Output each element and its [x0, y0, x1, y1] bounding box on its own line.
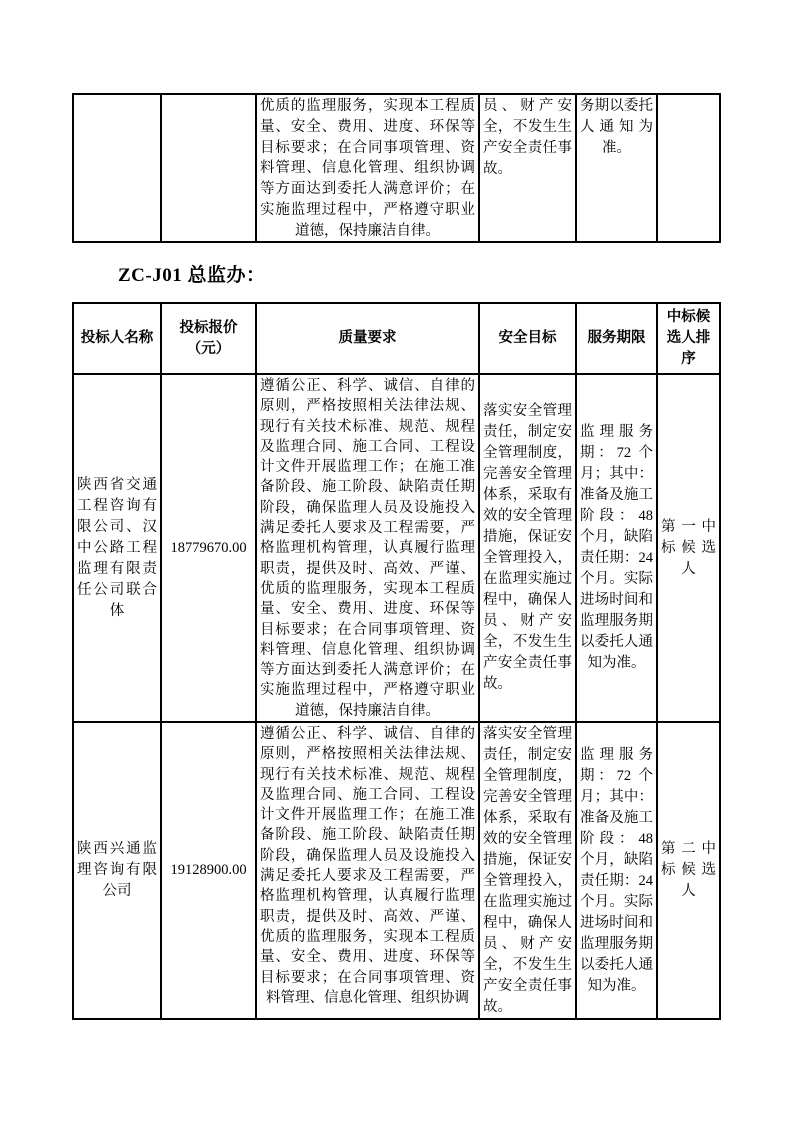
bid-price-text: 18779670.00: [162, 375, 255, 721]
rank-text: 第一中标候选人: [658, 375, 719, 721]
safety-goal-text: 落实安全管理责任，制定安全管理制度，完善安全管理体系，采取有效的安全管理措施，保…: [480, 723, 575, 1018]
cont-safety-cell: 员、财产安全，不发生生产安全责任事故。: [479, 94, 576, 242]
service-period-text: 监理服务期：72 个月；其中：准备及施工阶段：48 个月，缺陷责任期：24 个月…: [577, 723, 656, 1018]
header-service-period: 服务期限: [576, 303, 657, 374]
bid-price-text: 19128900.00: [162, 723, 255, 1018]
rank-text: 第二中标候选人: [658, 723, 719, 1018]
safety-goal-text: 落实安全管理责任，制定安全管理制度，完善安全管理体系，采取有效的安全管理措施，保…: [480, 375, 575, 721]
bid-price-cell: 19128900.00: [161, 722, 256, 1019]
header-row: 投标人名称 投标报价（元） 质量要求 安全目标 服务期限 中标候选人排序: [73, 303, 720, 374]
cont-service-text: 务期以委托人通知为准。: [577, 95, 656, 160]
document-page: 优质的监理服务，实现本工程质量、安全、费用、进度、环保等目标要求；在合同事项管理…: [0, 0, 793, 1122]
cont-rank-text: [658, 95, 719, 241]
cont-price-text: [162, 95, 255, 241]
cont-bidder-text: [74, 95, 160, 241]
cont-quality-text: 优质的监理服务，实现本工程质量、安全、费用、进度、环保等目标要求；在合同事项管理…: [257, 95, 478, 241]
rank-cell: 第一中标候选人: [657, 374, 720, 722]
continuation-table: 优质的监理服务，实现本工程质量、安全、费用、进度、环保等目标要求；在合同事项管理…: [72, 93, 721, 243]
cont-rank-cell: [657, 94, 720, 242]
bid-price-cell: 18779670.00: [161, 374, 256, 722]
quality-requirements-cell: 遵循公正、科学、诚信、自律的原则，严格按照相关法律法规、现行有关技术标准、规范、…: [256, 374, 479, 722]
table-row: 陕西兴通监理咨询有限公司 19128900.00 遵循公正、科学、诚信、自律的原…: [73, 722, 720, 1019]
cont-bidder-cell: [73, 94, 161, 242]
cont-quality-cell: 优质的监理服务，实现本工程质量、安全、费用、进度、环保等目标要求；在合同事项管理…: [256, 94, 479, 242]
cont-service-cell: 务期以委托人通知为准。: [576, 94, 657, 242]
header-quality-requirements: 质量要求: [256, 303, 479, 374]
service-period-cell: 监理服务期：72 个月；其中：准备及施工阶段：48 个月，缺陷责任期：24 个月…: [576, 722, 657, 1019]
cont-safety-text: 员、财产安全，不发生生产安全责任事故。: [480, 95, 575, 181]
service-period-cell: 监理服务期：72 个月；其中：准备及施工阶段：48 个月，缺陷责任期：24 个月…: [576, 374, 657, 722]
header-candidate-rank: 中标候选人排序: [657, 303, 720, 374]
header-safety-goal: 安全目标: [479, 303, 576, 374]
rank-cell: 第二中标候选人: [657, 722, 720, 1019]
bidder-name-text: 陕西兴通监理咨询有限公司: [74, 723, 160, 1018]
cont-price-cell: [161, 94, 256, 242]
bid-results-table: 投标人名称 投标报价（元） 质量要求 安全目标 服务期限 中标候选人排序 陕西省…: [72, 302, 721, 1020]
bidder-name-cell: 陕西兴通监理咨询有限公司: [73, 722, 161, 1019]
section-heading: ZC-J01 总监办：: [118, 260, 265, 287]
header-bid-price: 投标报价（元）: [161, 303, 256, 374]
continuation-row: 优质的监理服务，实现本工程质量、安全、费用、进度、环保等目标要求；在合同事项管理…: [73, 94, 720, 242]
bidder-name-text: 陕西省交通工程咨询有限公司、汉中公路工程监理有限责任公司联合体: [74, 375, 160, 721]
quality-requirements-text: 遵循公正、科学、诚信、自律的原则，严格按照相关法律法规、现行有关技术标准、规范、…: [257, 723, 478, 1018]
service-period-text: 监理服务期：72 个月；其中：准备及施工阶段：48 个月，缺陷责任期：24 个月…: [577, 375, 656, 721]
safety-goal-cell: 落实安全管理责任，制定安全管理制度，完善安全管理体系，采取有效的安全管理措施，保…: [479, 374, 576, 722]
quality-requirements-text: 遵循公正、科学、诚信、自律的原则，严格按照相关法律法规、现行有关技术标准、规范、…: [257, 375, 478, 721]
safety-goal-cell: 落实安全管理责任，制定安全管理制度，完善安全管理体系，采取有效的安全管理措施，保…: [479, 722, 576, 1019]
table-row: 陕西省交通工程咨询有限公司、汉中公路工程监理有限责任公司联合体 18779670…: [73, 374, 720, 722]
quality-requirements-cell: 遵循公正、科学、诚信、自律的原则，严格按照相关法律法规、现行有关技术标准、规范、…: [256, 722, 479, 1019]
header-bidder-name: 投标人名称: [73, 303, 161, 374]
bidder-name-cell: 陕西省交通工程咨询有限公司、汉中公路工程监理有限责任公司联合体: [73, 374, 161, 722]
